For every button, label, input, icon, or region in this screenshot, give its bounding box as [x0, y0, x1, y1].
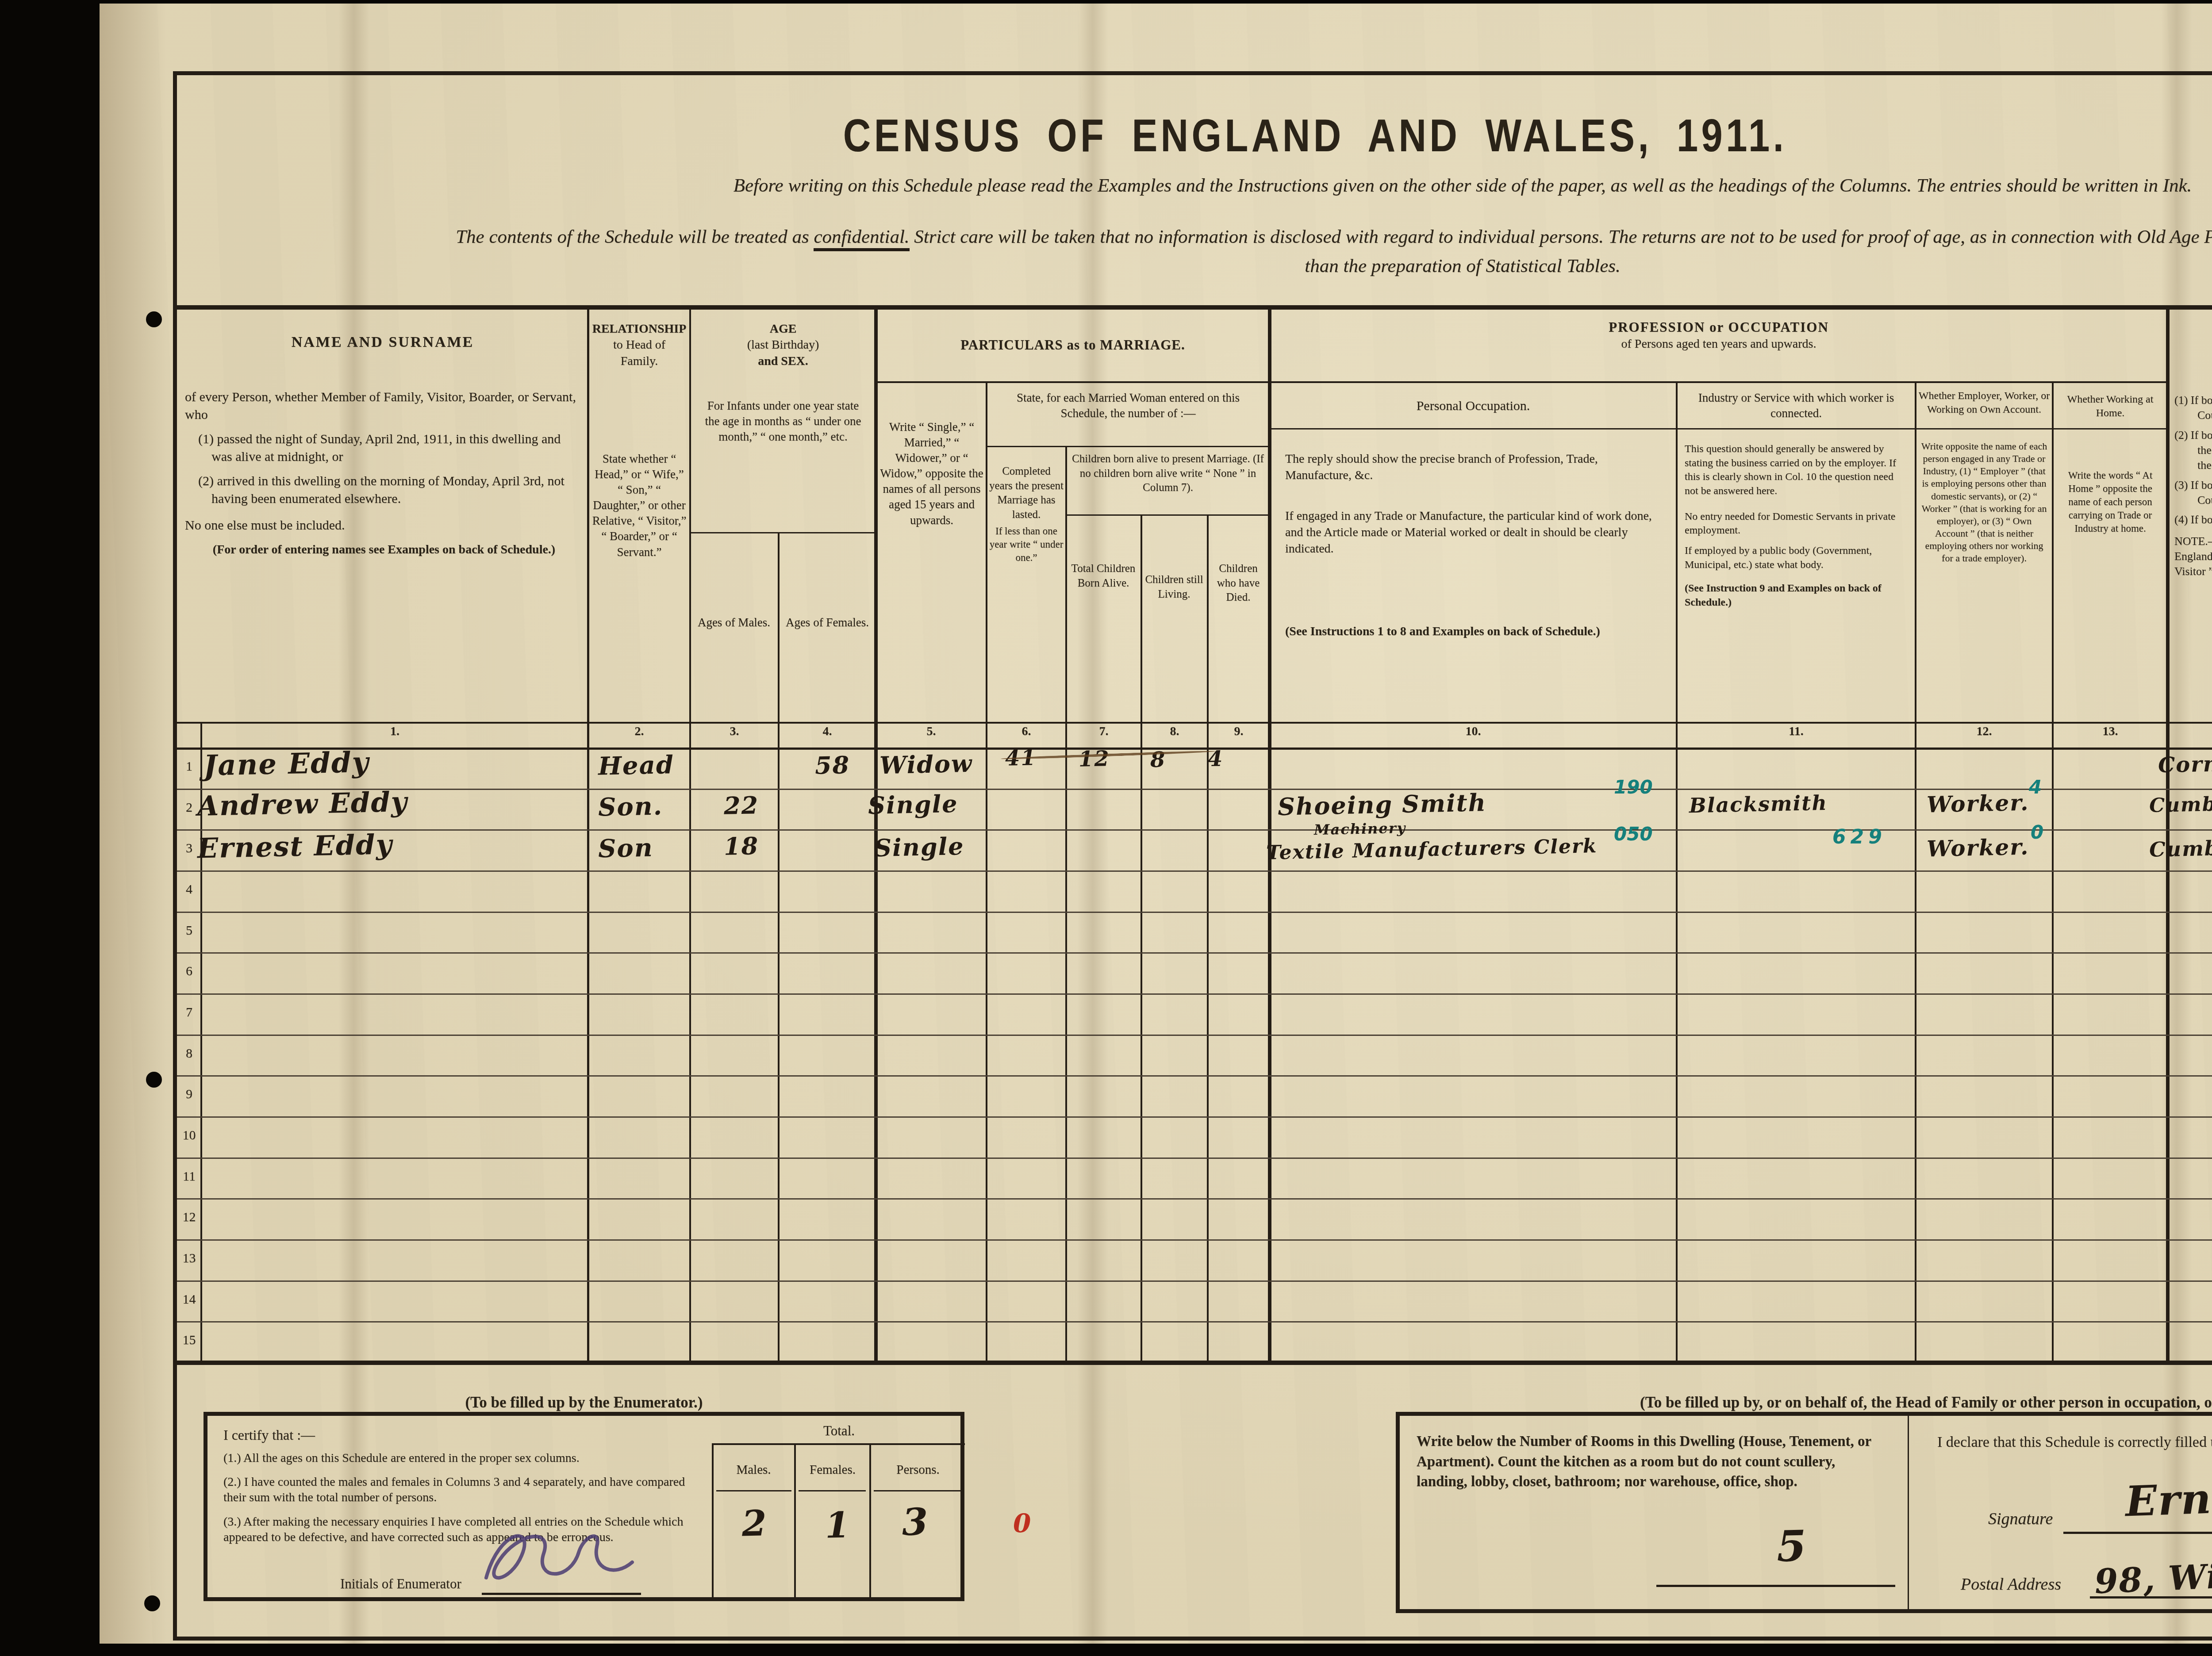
at-home-notes: Write the words “ At Home ” opposite the…	[2058, 469, 2162, 535]
column-number: 14.	[2168, 724, 2212, 739]
name-note-noone: No one else must be included.	[185, 517, 583, 534]
column-number: 13.	[2053, 724, 2168, 739]
col-header-relationship-l1: RELATIONSHIP	[588, 321, 690, 337]
row-number: 4	[177, 882, 201, 897]
enumerator-initials-signature	[469, 1520, 645, 1595]
column-number: 6.	[987, 724, 1066, 739]
paper-sheet: CENSUS OF ENGLAND AND WALES, 1911. 36 Nu…	[100, 4, 2212, 1644]
entry-children-living: 8	[1150, 747, 1166, 773]
entry-marriage: Widow	[879, 749, 973, 779]
table-row: 12	[177, 1198, 2212, 1239]
registrar-code-teal: 629	[1832, 826, 1886, 848]
personal-occupation-p2: If engaged in any Trade or Manufacture, …	[1285, 508, 1661, 557]
marriage-years-note: If less than one year write “ under one.…	[989, 525, 1064, 564]
entry-marriage: Single	[868, 790, 958, 820]
birthplace-p1: (1) If born in the United Kingdom, write…	[2197, 393, 2212, 423]
row-number: 15	[177, 1333, 201, 1348]
entry-relationship: Son.	[598, 791, 663, 822]
entry-age-male: 22	[723, 791, 759, 820]
entry-worker-status: Worker.	[1926, 834, 2029, 862]
row-number: 14	[177, 1292, 201, 1307]
table-row: 7	[177, 993, 2212, 1035]
signature-value: Ernest Eddy	[2124, 1468, 2212, 1526]
married-woman-note: State, for each Married Woman entered on…	[993, 390, 1263, 421]
table-row: 4	[177, 870, 2212, 912]
grid-line	[177, 305, 2212, 310]
marriage-single-note: Write “ Single,” “ Married,” “ Widower,”…	[879, 419, 984, 528]
row-number: 9	[177, 1087, 201, 1102]
col-header-relationship: RELATIONSHIP to Head of Family.	[588, 321, 690, 369]
personal-occupation-p1: The reply should show the precise branch…	[1285, 451, 1661, 484]
entry-birthplace: Cornwall, Boscaswell	[2158, 747, 2212, 778]
postal-address-value: 98, Willows Lane, Accrington	[2094, 1537, 2212, 1602]
column-number: 1.	[201, 724, 588, 739]
birthplace-p4: (4) If born at sea, write “ At Sea.”	[2197, 512, 2212, 527]
entry-name: Andrew Eddy	[197, 786, 408, 822]
declaration-text: I declare that this Schedule is correctl…	[1937, 1433, 2212, 1453]
ages-of-males-label: Ages of Males.	[690, 615, 778, 630]
punch-hole	[146, 1072, 162, 1088]
enumerator-caption: (To be filled up by the Enumerator.)	[204, 1392, 964, 1413]
birthplace-note: NOTE.—In the case of persons born elsewh…	[2174, 534, 2212, 579]
entry-age-female: 58	[814, 751, 850, 780]
column-number: 7.	[1066, 724, 1141, 739]
row-number: 13	[177, 1251, 201, 1266]
col-header-relationship-l2: to Head of	[588, 337, 690, 353]
age-infants-note: For Infants under one year state the age…	[699, 398, 867, 445]
column-number: 11.	[1677, 724, 1916, 739]
grid-line	[874, 1490, 961, 1491]
punch-hole	[144, 1595, 160, 1611]
column-number: 8.	[1141, 724, 1208, 739]
at-home-title: Whether Working at Home.	[2055, 393, 2165, 420]
name-note-intro: of every Person, whether Member of Famil…	[185, 388, 583, 423]
row-number: 8	[177, 1046, 201, 1061]
col-header-profession: PROFESSION or OCCUPATION of Persons aged…	[1270, 318, 2168, 353]
personal-occupation-title: Personal Occupation.	[1270, 397, 1677, 414]
signature-label: Signature	[1988, 1508, 2053, 1530]
name-note-footnote: (For order of entering names see Example…	[185, 542, 583, 558]
total-label: Total.	[713, 1422, 965, 1440]
entry-worker-status: Worker.	[1926, 790, 2029, 818]
name-note-item2: (2) arrived in this dwelling on the morn…	[198, 472, 583, 507]
grid-line	[876, 381, 1270, 383]
table-row: 8	[177, 1035, 2212, 1076]
certify-item-1: (1.) All the ages on this Schedule are e…	[223, 1450, 701, 1466]
scanned-census-page: CENSUS OF ENGLAND AND WALES, 1911. 36 Nu…	[0, 0, 2212, 1656]
grid-line	[690, 532, 876, 533]
table-row: 15	[177, 1321, 2212, 1362]
grid-line	[1066, 514, 1270, 516]
table-row: 6	[177, 952, 2212, 993]
employer-notes: Write opposite the name of each person e…	[1920, 440, 2048, 565]
industry-notes: This question should generally be answer…	[1685, 442, 1908, 610]
marriage-years-header: Completed years the present Marriage has…	[989, 464, 1064, 564]
col-header-age-l1: AGE	[690, 321, 876, 337]
entry-children-born: 12	[1078, 746, 1110, 771]
table-row: 11	[177, 1158, 2212, 1199]
grid-line	[1270, 428, 1677, 429]
row-number: 5	[177, 923, 201, 938]
col-header-age-l3: and SEX.	[690, 353, 876, 369]
children-born-header: Total Children Born Alive.	[1069, 562, 1138, 590]
instruction-line-2: The contents of the Schedule will be tre…	[177, 225, 2212, 249]
entry-age-male: 18	[723, 832, 759, 861]
children-living-header: Children still Living.	[1143, 573, 1205, 602]
table-row: 3 Ernest Eddy Son 18 Single Machinery Te…	[177, 829, 2212, 870]
instruction-line-3: than the preparation of Statistical Tabl…	[177, 254, 2212, 279]
certify-item-2: (2.) I have counted the males and female…	[223, 1474, 701, 1505]
instruction-line-1: Before writing on this Schedule please r…	[177, 173, 2212, 198]
total-persons-value: 3	[902, 1499, 929, 1544]
children-died-header: Children who have Died.	[1210, 562, 1267, 605]
column-number: 5.	[876, 724, 987, 739]
row-number: 6	[177, 964, 201, 979]
column-number: 9.	[1208, 724, 1270, 739]
grid-line	[1656, 1585, 1895, 1587]
registrar-check-mark: 0	[1013, 1508, 1031, 1538]
column-number: 4.	[779, 724, 876, 739]
census-table: NAME AND SURNAME RELATIONSHIP to Head of…	[177, 305, 2212, 1362]
birthplace-p2: (2) If born in any other part of the Bri…	[2197, 428, 2212, 473]
entry-birthplace: Cumberland, Park Side	[2149, 832, 2212, 861]
householder-box: Write below the Number of Rooms in this …	[1396, 1412, 2212, 1613]
industry-p4: (See Instruction 9 and Examples on back …	[1685, 582, 1908, 609]
col-header-birthplace: BIRTHPLACE of every person.	[2168, 328, 2212, 361]
industry-title: Industry or Service with which worker is…	[1681, 390, 1911, 421]
postal-address-label: Postal Address	[1961, 1573, 2061, 1595]
entry-occupation: Shoeing Smith	[1277, 788, 1486, 821]
entry-relationship: Son	[598, 833, 653, 864]
entry-occupation-note: Machinery	[1314, 820, 1406, 838]
registrar-code-teal: 190	[1614, 776, 1653, 798]
col-header-profession-l2: of Persons aged ten years and upwards.	[1270, 336, 2168, 352]
registrar-code-teal: 4	[2029, 776, 2042, 798]
table-row: 2 Andrew Eddy Son. 22 Single Shoeing Smi…	[177, 789, 2212, 830]
industry-p2: No entry needed for Domestic Servants in…	[1685, 510, 1908, 538]
entry-name: Jane Eddy	[203, 746, 369, 782]
entry-industry: Blacksmith	[1689, 791, 1828, 818]
grid-line	[177, 722, 2212, 724]
certify-heading: I certify that :—	[223, 1426, 315, 1444]
children-born-group-header: Children born alive to present Marriage.…	[1071, 452, 1265, 495]
grid-line	[2053, 428, 2168, 429]
males-label: Males.	[713, 1462, 794, 1479]
table-row: 10	[177, 1116, 2212, 1158]
name-column-notes: of every Person, whether Member of Famil…	[185, 388, 583, 558]
employer-title: Whether Employer, Worker, or Working on …	[1918, 389, 2050, 417]
table-row: 1 Jane Eddy Head 58 Widow 41 12 8 4 Corn…	[177, 747, 2212, 789]
row-number: 7	[177, 1005, 201, 1020]
punch-hole	[146, 311, 162, 327]
col-header-name: NAME AND SURNAME	[177, 333, 588, 352]
grid-line	[716, 1490, 791, 1491]
ages-of-females-label: Ages of Females.	[779, 615, 876, 630]
census-title: CENSUS OF ENGLAND AND WALES, 1911.	[245, 107, 2212, 166]
grid-line	[1270, 381, 2168, 383]
grid-line	[1677, 428, 1916, 429]
column-number: 12.	[1916, 724, 2053, 739]
col-header-birthplace-l1: BIRTHPLACE	[2168, 328, 2212, 345]
females-label: Females.	[796, 1462, 869, 1479]
instruction-2-tail: Strict care will be taken that no inform…	[910, 226, 2212, 247]
industry-p3: If employed by a public body (Government…	[1685, 544, 1908, 572]
grid-line	[1908, 1416, 1909, 1609]
birthplace-p3: (3) If born in a Foreign Country, write …	[2197, 478, 2212, 508]
rooms-instructions: Write below the Number of Rooms in this …	[1417, 1432, 1886, 1492]
col-header-profession-l1: PROFESSION or OCCUPATION	[1270, 318, 2168, 336]
initials-label: Initials of Enumerator	[340, 1575, 461, 1593]
instruction-2-lead: The contents of the Schedule will be tre…	[456, 226, 814, 247]
table-row: 13	[177, 1239, 2212, 1280]
table-row: 14	[177, 1280, 2212, 1322]
column-number: 2.	[588, 724, 690, 739]
confidential-underlined: confidential.	[814, 226, 909, 251]
row-number: 10	[177, 1128, 201, 1143]
col-header-age-l2: (last Birthday)	[690, 337, 876, 353]
form-frame: CENSUS OF ENGLAND AND WALES, 1911. 36 Nu…	[173, 71, 2212, 1641]
householder-caption: (To be filled up by, or on behalf of, th…	[1396, 1392, 2212, 1413]
personal-occupation-notes: The reply should show the precise branch…	[1285, 451, 1661, 640]
grid-line	[987, 446, 1270, 447]
entry-name: Ernest Eddy	[197, 828, 393, 864]
birthplace-notes: (1) If born in the United Kingdom, write…	[2174, 393, 2212, 579]
grid-line	[799, 1490, 866, 1491]
entry-children-died: 4	[1207, 747, 1224, 772]
col-header-marriage: PARTICULARS as to MARRIAGE.	[876, 336, 1270, 354]
row-number: 11	[177, 1169, 201, 1184]
grid-line	[713, 1443, 965, 1445]
col-header-birthplace-l2: of every person.	[2168, 345, 2212, 361]
col-header-age: AGE (last Birthday) and SEX.	[690, 321, 876, 369]
rooms-value: 5	[1776, 1521, 1808, 1571]
col-header-relationship-l3: Family.	[588, 353, 690, 369]
total-males-value: 2	[741, 1502, 768, 1544]
grid-line	[2063, 1532, 2212, 1534]
relationship-column-notes: State whether “ Head,” or “ Wife,” “ Son…	[591, 451, 688, 560]
row-number: 12	[177, 1210, 201, 1225]
table-row: 9	[177, 1075, 2212, 1116]
total-females-value: 1	[825, 1504, 851, 1546]
column-number: 3.	[690, 724, 779, 739]
table-row: 5	[177, 912, 2212, 953]
row-number: 1	[177, 759, 201, 774]
persons-label: Persons.	[871, 1462, 965, 1479]
name-note-item1: (1) passed the night of Sunday, April 2n…	[198, 430, 583, 465]
personal-occupation-p3: (See Instructions 1 to 8 and Examples on…	[1285, 624, 1661, 640]
column-number: 10.	[1270, 724, 1677, 739]
entry-birthplace: Cumberland, Low Cocker	[2149, 788, 2212, 817]
industry-p1: This question should generally be answer…	[1685, 442, 1908, 498]
marriage-years-main: Completed years the present Marriage has…	[989, 464, 1064, 522]
entry-marriage: Single	[874, 832, 964, 862]
grid-line	[1916, 428, 2053, 429]
registrar-code-teal: 0	[2031, 821, 2043, 843]
enumerator-box: I certify that :— (1.) All the ages on t…	[204, 1412, 964, 1601]
entry-occupation: Textile Manufacturers Clerk	[1266, 835, 1598, 864]
registrar-code-teal: 050	[1614, 823, 1653, 845]
entry-relationship: Head	[598, 750, 674, 781]
